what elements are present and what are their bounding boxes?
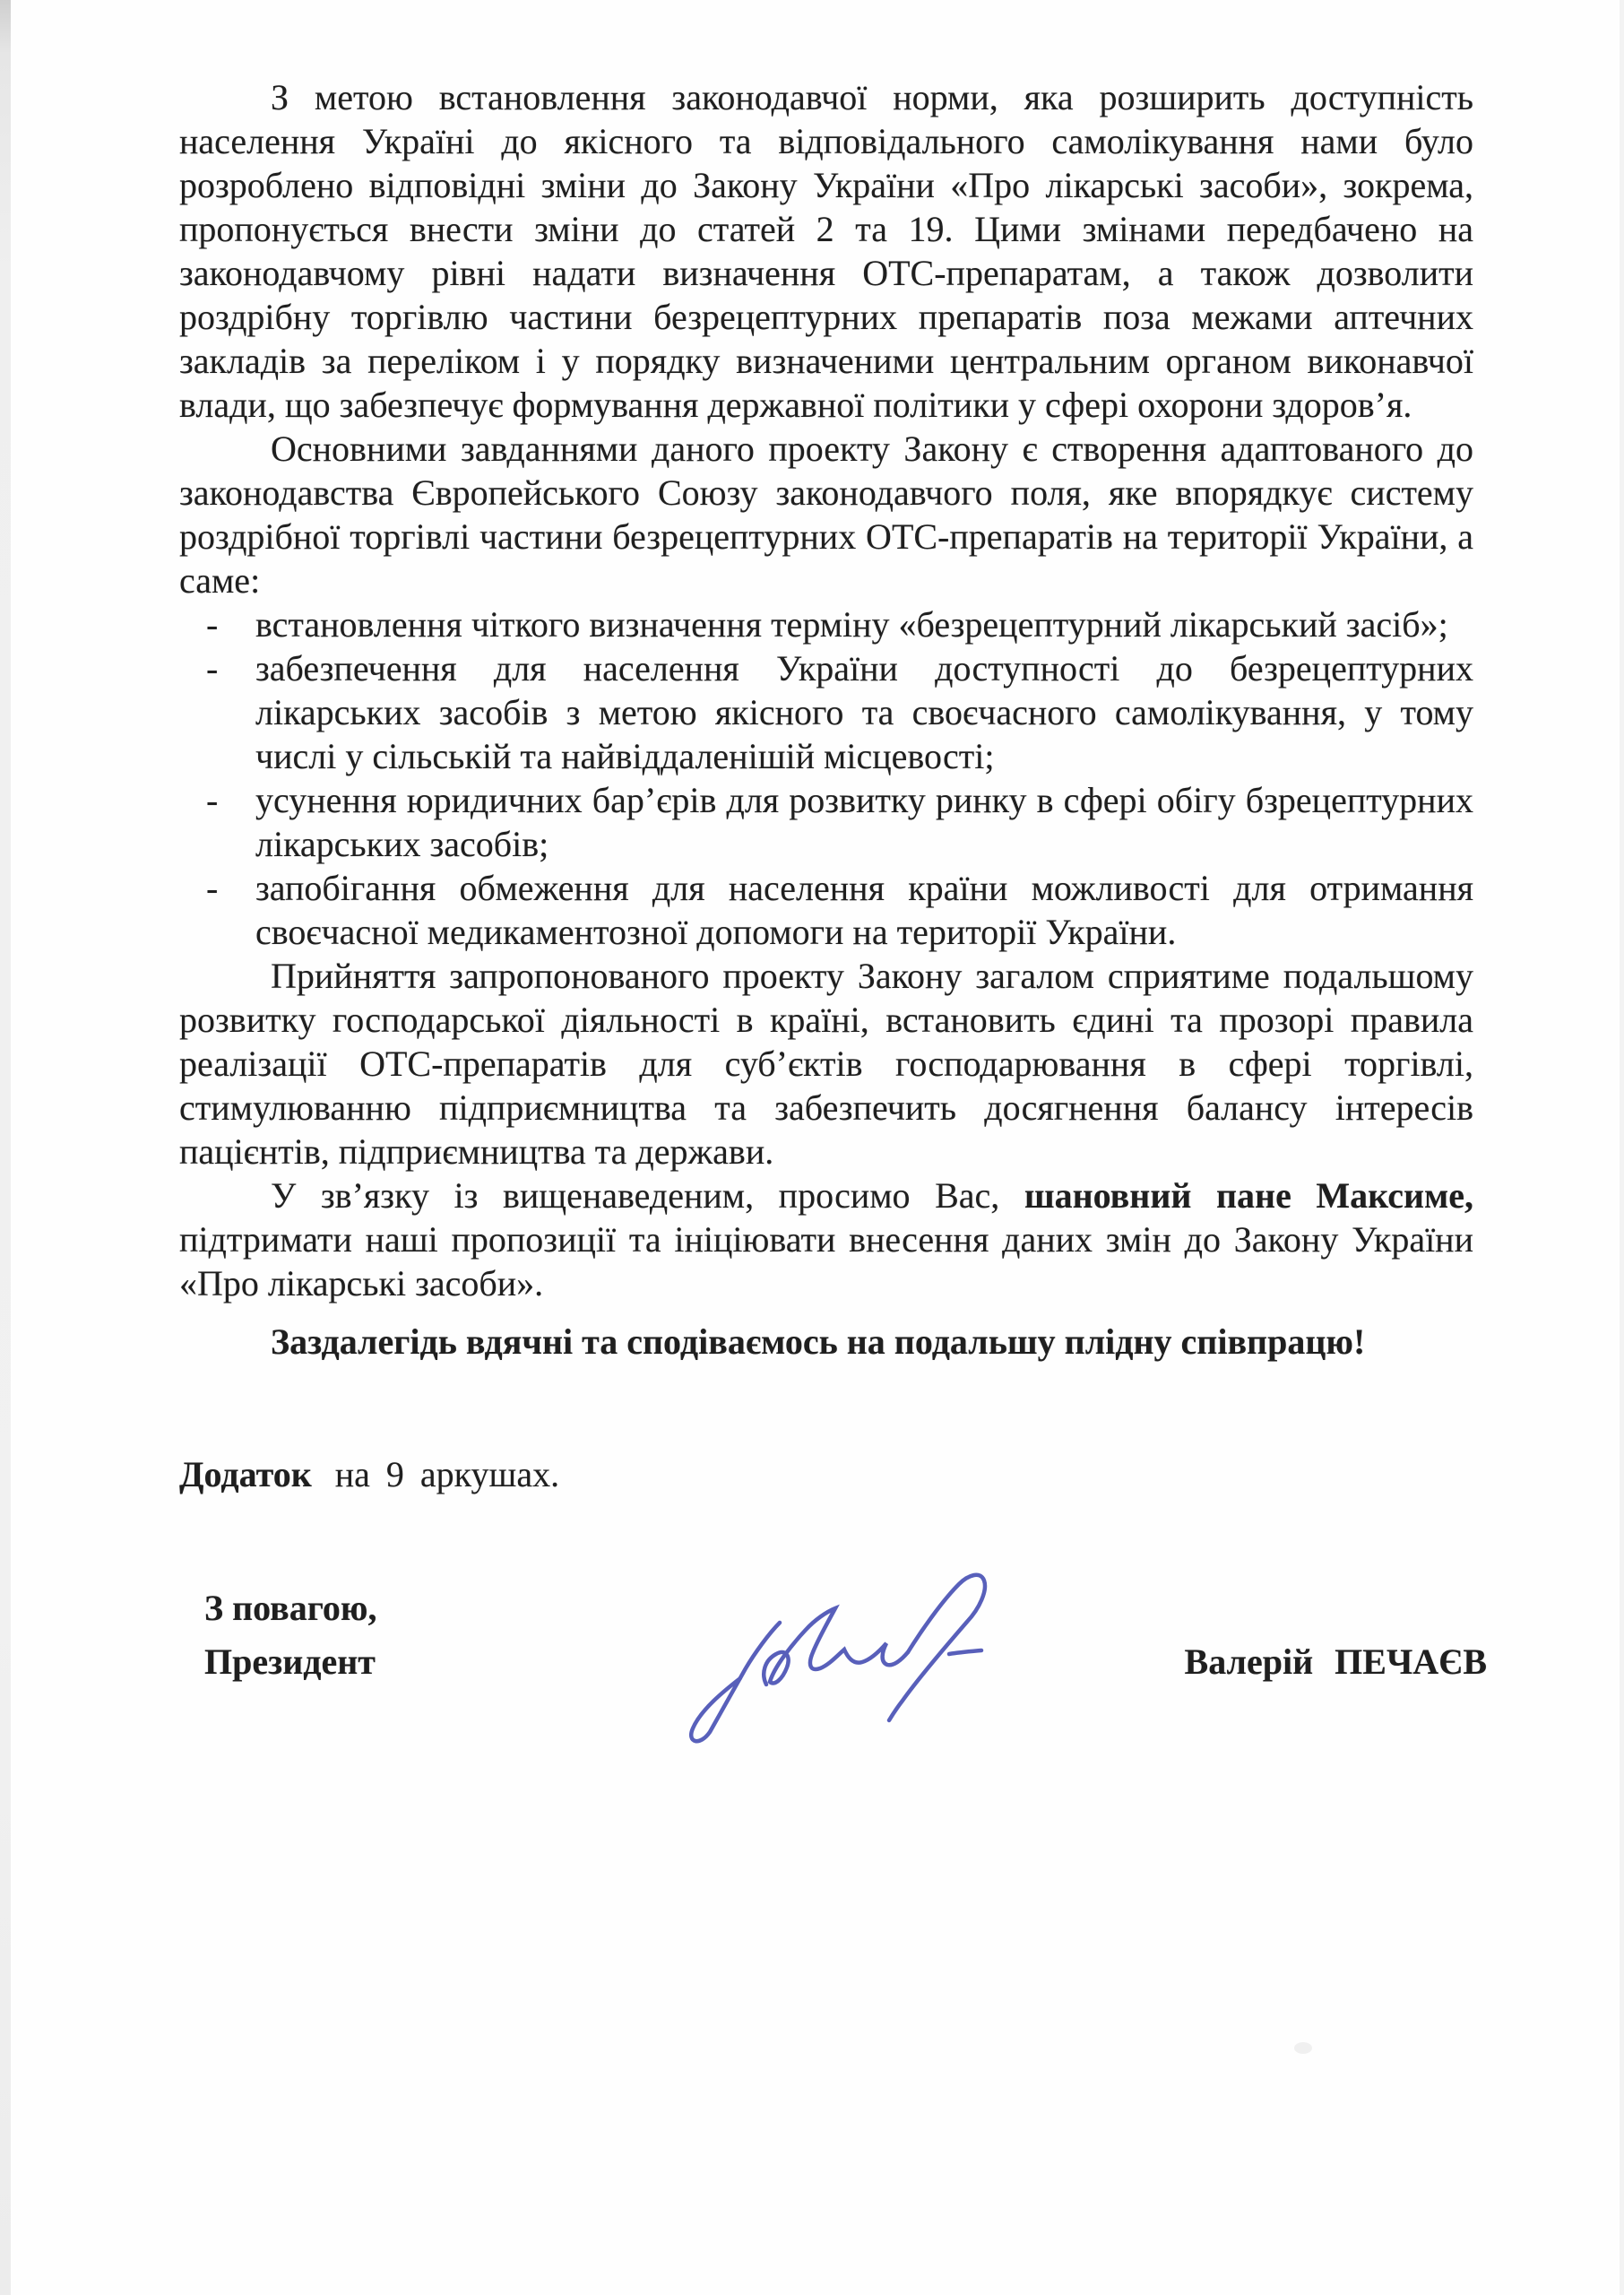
bullet-marker: - <box>206 602 218 646</box>
closing-line: Заздалегідь вдячні та сподіваємось на по… <box>179 1320 1473 1364</box>
bullet-marker: - <box>206 866 218 910</box>
attachment-text: на 9 аркушах. <box>335 1454 559 1494</box>
paragraph-goals: Основними завданнями даного проекту Зако… <box>179 427 1473 602</box>
scanned-letter-page: З метою встановлення законодавчої норми,… <box>0 0 1624 2295</box>
list-item: - запобігання обмеження для населення кр… <box>179 866 1473 954</box>
paragraph-request: У зв’язку із вищенаведеним, просимо Вас,… <box>179 1173 1473 1305</box>
bullet-text: усунення юридичних бар’єрів для розвитку… <box>255 780 1473 864</box>
letter-body: З метою встановлення законодавчої норми,… <box>179 0 1473 1684</box>
list-item: - встановлення чіткого визначення термін… <box>179 602 1473 646</box>
bullet-list: - встановлення чіткого визначення термін… <box>179 602 1473 954</box>
list-item: - усунення юридичних бар’єрів для розвит… <box>179 778 1473 866</box>
scan-edge-right <box>1620 0 1624 2295</box>
bullet-text: забезпечення для населення України досту… <box>255 648 1473 776</box>
handwritten-signature <box>674 1567 1059 1809</box>
paragraph-benefits: Прийняття запропонованого проекту Закону… <box>179 954 1473 1173</box>
scan-smudge <box>1294 2042 1312 2054</box>
bullet-marker: - <box>206 778 218 822</box>
paragraph-intro: З метою встановлення законодавчої норми,… <box>179 75 1473 427</box>
signer-name: Валерій ПЕЧАЄВ <box>1185 1640 1487 1684</box>
scan-edge-left <box>0 0 11 2295</box>
request-text-after: підтримати наші пропозиції та ініціювати… <box>179 1219 1473 1303</box>
bullet-marker: - <box>206 646 218 690</box>
addressee-bold: шановний пане Максиме, <box>1024 1175 1473 1216</box>
signer-title: Президент <box>204 1640 376 1684</box>
attachment-line: Додатокна 9 аркушах. <box>179 1452 1473 1496</box>
list-item: - забезпечення для населення України дос… <box>179 646 1473 778</box>
bullet-text: запобігання обмеження для населення краї… <box>255 868 1473 952</box>
attachment-label: Додаток <box>179 1454 312 1494</box>
bullet-text: встановлення чіткого визначення терміну … <box>255 604 1448 645</box>
request-text-before: У зв’язку із вищенаведеним, просимо Вас, <box>271 1175 1024 1216</box>
